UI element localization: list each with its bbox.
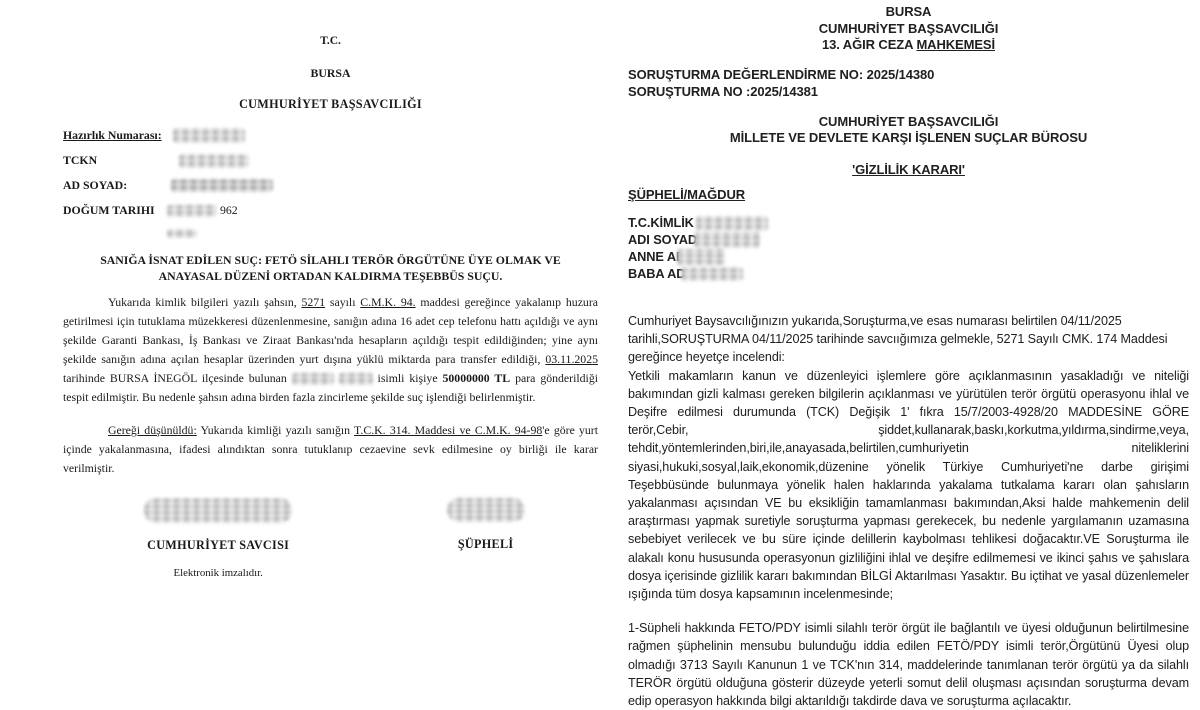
suspect-title: ŞÜPHELİ xyxy=(373,535,598,554)
prosecutor-signature: CUMHURİYET SAVCISI Elektronik imzalıdır. xyxy=(63,498,373,583)
redacted-value xyxy=(179,154,249,168)
field-label: AD SOYAD: xyxy=(63,176,171,195)
court-line-underlined: MAHKEMESİ xyxy=(916,37,995,52)
left-doc-republic-heading: T.C. xyxy=(63,32,598,51)
decision-body-paragraph: Yetkili makamların kanun ve düzenleyici … xyxy=(628,367,1189,604)
decision-lead: Gereği düşünüldü: xyxy=(108,423,197,437)
redacted-name xyxy=(339,373,373,385)
case-numbers: SORUŞTURMA DEĞERLENDİRME NO: 2025/14380 … xyxy=(628,66,1189,101)
court-line-prefix: 13. AĞIR CEZA xyxy=(822,37,916,52)
investigation-evaluation-no: SORUŞTURMA DEĞERLENDİRME NO: 2025/14380 xyxy=(628,66,1189,84)
field-label: BABA ADI xyxy=(628,265,689,283)
field-tc-kimlik: T.C.KİMLİK xyxy=(628,215,1189,232)
paragraph-text: isimli kişiye xyxy=(373,371,443,385)
bureau-heading: CUMHURİYET BAŞSAVCILIĞI MİLLETE VE DEVLE… xyxy=(628,114,1189,147)
redacted-value xyxy=(696,216,768,231)
field-label: Hazırlık Numarası: xyxy=(63,126,171,145)
field-tckn: TCKN xyxy=(63,148,598,173)
suspect-identity-fields: T.C.KİMLİK ADI SOYADI ANNE ADI BABA ADI xyxy=(628,215,1189,283)
decision-paragraph: Gereği düşünüldü: Yukarıda kimliği yazıl… xyxy=(63,421,598,478)
field-anne-adi: ANNE ADI xyxy=(628,249,1189,266)
redacted-value xyxy=(677,249,725,266)
redacted-value xyxy=(681,267,743,281)
paragraph-text: Yukarıda kimliği yazılı sanığın xyxy=(197,423,354,437)
right-doc-office: CUMHURİYET BAŞSAVCILIĞI xyxy=(628,21,1189,38)
bureau-line-1: CUMHURİYET BAŞSAVCILIĞI xyxy=(628,114,1189,131)
field-adi-soyadi: ADI SOYADI xyxy=(628,232,1189,249)
bureau-line-2: MİLLETE VE DEVLETE KARŞI İŞLENEN SUÇLAR … xyxy=(628,130,1189,147)
redacted-value xyxy=(167,205,217,217)
confidentiality-decision-document: BURSA CUMHURİYET BAŞSAVCILIĞI 13. AĞIR C… xyxy=(628,4,1189,628)
investigation-no: SORUŞTURMA NO :2025/14381 xyxy=(628,83,1189,101)
paragraph-text: Yukarıda kimlik bilgileri yazılı şahsın, xyxy=(108,295,302,309)
field-label: T.C.KİMLİK xyxy=(628,214,694,232)
field-label: DOĞUM TARIHI xyxy=(63,201,171,220)
visible-birth-year: 962 xyxy=(220,201,238,220)
right-doc-court: 13. AĞIR CEZA MAHKEMESİ xyxy=(628,37,1189,54)
electronic-signature-note: Elektronik imzalıdır. xyxy=(63,564,373,583)
left-doc-office-heading: CUMHURİYET BAŞSAVCILIĞI xyxy=(63,95,598,114)
suspect-signature: ŞÜPHELİ xyxy=(373,498,598,583)
paragraph-text: sayılı xyxy=(325,295,360,309)
redacted-signature xyxy=(144,498,292,523)
paragraph-text: tarihinde BURSA İNEGÖL ilçesinde bulunan xyxy=(63,371,292,385)
field-label: TCKN xyxy=(63,151,171,170)
redacted-value xyxy=(171,179,273,192)
right-doc-header: BURSA CUMHURİYET BAŞSAVCILIĞI 13. AĞIR C… xyxy=(628,4,1189,54)
indictment-paragraph: Yukarıda kimlik bilgileri yazılı şahsın,… xyxy=(63,293,598,407)
charge-heading: SANIĞA İSNAT EDİLEN SUÇ: FETÖ SİLAHLI TE… xyxy=(85,252,577,284)
decision-title: 'GİZLİLİK KARARI' xyxy=(628,161,1189,179)
decision-item-1: 1-Süpheli hakkında FETO/PDY isimli silah… xyxy=(628,619,1189,628)
field-ad-soyad: AD SOYAD: xyxy=(63,173,598,198)
redacted-fragment xyxy=(167,229,197,238)
statute-ref: C.M.K. 94. xyxy=(360,295,415,309)
right-doc-city: BURSA xyxy=(628,4,1189,21)
decision-intro-paragraph: Cumhuriyet Baysavcılığınızın yukarıda,So… xyxy=(628,312,1189,367)
statute-ref: 5271 xyxy=(302,295,326,309)
redacted-name xyxy=(292,373,334,385)
signature-block: CUMHURİYET SAVCISI Elektronik imzalıdır.… xyxy=(63,498,598,583)
date-ref: 03.11.2025 xyxy=(545,352,598,366)
indictment-document: T.C. BURSA CUMHURİYET BAŞSAVCILIĞI Hazır… xyxy=(63,32,598,583)
amount-value: 50000000 TL xyxy=(443,371,511,385)
field-dogum-tarihi: DOĞUM TARIHI 962 xyxy=(63,198,598,223)
identity-fields: Hazırlık Numarası: TCKN AD SOYAD: DOĞUM … xyxy=(63,123,598,242)
left-doc-city-heading: BURSA xyxy=(63,64,598,83)
redacted-signature xyxy=(447,498,525,522)
party-heading: ŞÜPHELİ/MAĞDUR xyxy=(628,186,1189,204)
redacted-value xyxy=(694,232,760,248)
field-label: ADI SOYADI xyxy=(628,231,700,249)
field-baba-adi: BABA ADI xyxy=(628,266,1189,283)
prosecutor-title: CUMHURİYET SAVCISI xyxy=(63,536,373,555)
statute-ref: T.C.K. 314. Maddesi ve C.M.K. 94-98 xyxy=(354,423,542,437)
redacted-value xyxy=(173,128,245,143)
field-hazirlik-numarasi: Hazırlık Numarası: xyxy=(63,123,598,148)
decision-title-text: 'GİZLİLİK KARARI' xyxy=(852,162,965,177)
